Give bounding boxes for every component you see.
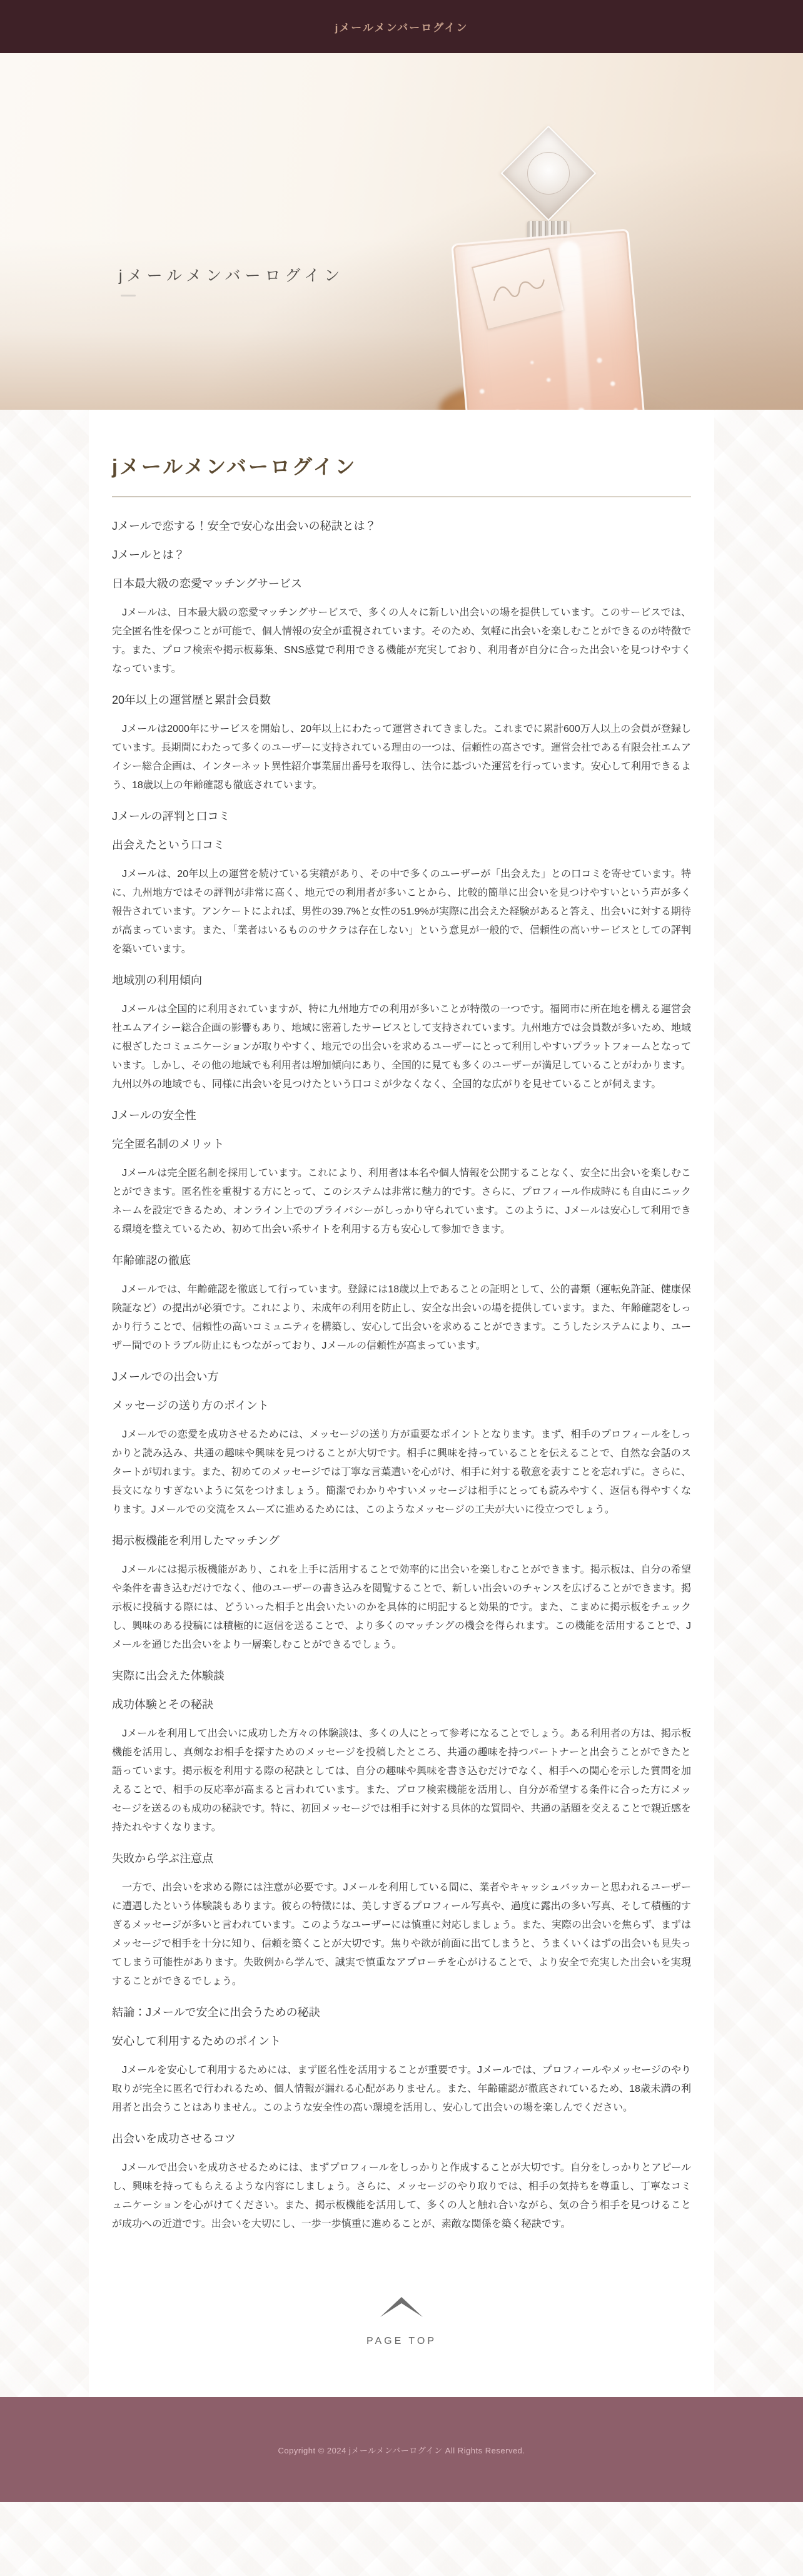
sub-heading: 失敗から学ぶ注意点 — [112, 1851, 691, 1866]
sub-heading: 出会えたという口コミ — [112, 838, 691, 853]
article-paragraph: Jメールでの恋愛を成功させるためには、メッセージの送り方が重要なポイントとなりま… — [112, 1426, 691, 1519]
hero-image: jメールメンバーログイン — [0, 53, 803, 410]
sub-heading: 掲示板機能を利用したマッチング — [112, 1533, 691, 1548]
article-paragraph: Jメールは、日本最大級の恋愛マッチングサービスで、多くの人々に新しい出会いの場を… — [112, 604, 691, 679]
article-paragraph: 一方で、出会いを求める際には注意が必要です。Jメールを利用している間に、業者やキ… — [112, 1879, 691, 1991]
sub-heading: 成功体験とその秘訣 — [112, 1697, 691, 1712]
article-paragraph: Jメールは、20年以上の運営を続けている実績があり、その中で多くのユーザーが「出… — [112, 865, 691, 959]
article-paragraph: Jメールは全国的に利用されていますが、特に九州地方での利用が多いことが特徴の一つ… — [112, 1000, 691, 1094]
sub-heading: 20年以上の運営歴と累計会員数 — [112, 692, 691, 707]
article-paragraph: Jメールを利用して出会いに成功した方々の体験談は、多くの人にとって参考になること… — [112, 1725, 691, 1837]
section-heading: Jメールの安全性 — [112, 1108, 691, 1123]
section-heading: Jメールでの出会い方 — [112, 1369, 691, 1384]
article-body: Jメールで恋する！安全で安心な出会いの秘訣とは？Jメールとは？日本最大級の恋愛マ… — [112, 519, 691, 2234]
chevron-up-icon — [378, 2293, 425, 2320]
page-top-label: PAGE TOP — [366, 2336, 437, 2346]
section-heading: 結論：Jメールで安全に出会うための秘訣 — [112, 2005, 691, 2020]
page-top-link[interactable]: PAGE TOP — [351, 2293, 452, 2347]
article-paragraph: Jメールは2000年にサービスを開始し、20年以上にわたって運営されてきました。… — [112, 720, 691, 795]
bottle-cap — [501, 126, 597, 221]
article-paragraph: Jメールでは、年齢確認を徹底して行っています。登録には18歳以上であることの証明… — [112, 1280, 691, 1356]
article-title: jメールメンバーログイン — [112, 451, 691, 480]
section-heading: 実際に出会えた体験談 — [112, 1668, 691, 1683]
site-footer: Copyright © 2024 jメールメンバーログイン All Rights… — [0, 2397, 803, 2502]
article-paragraph: Jメールは完全匿名制を採用しています。これにより、利用者は本名や個人情報を公開す… — [112, 1164, 691, 1239]
site-header: jメールメンバーログイン — [0, 0, 803, 53]
section-heading: Jメールで恋する！安全で安心な出会いの秘訣とは？ — [112, 519, 691, 534]
site-header-title: jメールメンバーログイン — [335, 19, 468, 34]
hero-title: jメールメンバーログイン — [119, 263, 344, 286]
bottle-body — [451, 228, 647, 410]
sub-heading: 年齢確認の徹底 — [112, 1253, 691, 1268]
perfume-bottle-photo — [441, 134, 641, 410]
bottle-label — [472, 248, 565, 330]
sub-heading: 安心して利用するためのポイント — [112, 2034, 691, 2049]
copyright-text: Copyright © 2024 jメールメンバーログイン All Rights… — [278, 2444, 525, 2456]
sub-heading: 日本最大級の恋愛マッチングサービス — [112, 576, 691, 591]
article-container: jメールメンバーログイン Jメールで恋する！安全で安心な出会いの秘訣とは？Jメー… — [89, 410, 714, 2397]
sub-heading: 地域別の利用傾向 — [112, 973, 691, 988]
article-paragraph: Jメールには掲示板機能があり、これを上手に活用することで効率的に出会いを楽しむこ… — [112, 1561, 691, 1655]
sub-heading: 完全匿名制のメリット — [112, 1137, 691, 1152]
article-paragraph: Jメールで出会いを成功させるためには、まずプロフィールをしっかりと作成することが… — [112, 2159, 691, 2234]
sub-heading: メッセージの送り方のポイント — [112, 1398, 691, 1413]
title-divider — [112, 496, 691, 497]
article-paragraph: Jメールを安心して利用するためには、まず匿名性を活用することが重要です。Jメール… — [112, 2061, 691, 2117]
sub-heading: 出会いを成功させるコツ — [112, 2131, 691, 2146]
hero-title-divider — [121, 295, 136, 297]
section-heading: Jメールとは？ — [112, 547, 691, 562]
section-heading: Jメールの評判と口コミ — [112, 809, 691, 824]
